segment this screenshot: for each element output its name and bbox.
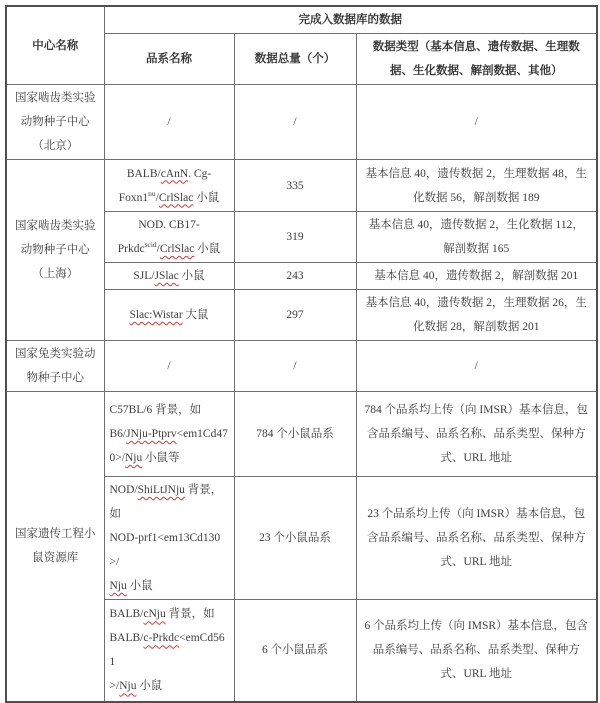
spellcheck-flagged-text: JSlac [154,270,178,282]
spellcheck-flagged-text: CrlSlac [159,192,194,204]
strain-text: BALB/ [110,632,144,644]
spellcheck-flagged-text: cAnN [161,168,188,180]
data-table: 中心名称 完成入数据库的数据 品系名称 数据总量（个） 数据类型（基本信息、遗传… [5,5,598,650]
spellcheck-flagged-text: Nju [110,580,127,592]
strain-text: 小鼠 [193,192,219,204]
cell-center-gem-resource: 国家遗传工程小鼠资源库 [6,392,104,651]
cell-types: 基本信息 40，遗传数据 2，生理数据 26，生化数据 28，解剖数据 201 [356,290,597,341]
cell-strain: Slac:Wistar 大鼠 [104,290,234,341]
strain-text: SJL/ [133,270,154,282]
cell-types: 基本信息 40，遗传数据 2，生理数据 48，生化数据 56，解剖数据 189 [356,160,597,212]
cell-total: 319 [234,212,356,263]
strain-text: B6/ [110,428,127,440]
strain-text: NOD/ [110,484,138,496]
cell-types: 6 个品系均上传（向 IMSR）基本信息，包含品系编号、品系名称、品系类型、保种… [356,600,597,651]
cell-strain: NOD. CB17-Prkdcscid/CrlSlac 小鼠 [104,212,234,263]
header-data-total: 数据总量（个） [234,34,356,85]
cell-total: 784 个小鼠品系 [234,392,356,477]
cell-strain: BALB/cNju 背景，如BALB/c-Prkdc<emCd561>/Nju … [104,600,234,651]
strain-text: 小鼠等 [142,452,179,464]
table-row: 国家遗传工程小鼠资源库 C57BL/6 背景，如B6/JNju-Ptprv<em… [6,392,597,477]
cell-total: 243 [234,263,356,290]
header-db-span: 完成入数据库的数据 [104,6,597,34]
cell-types: / [356,341,597,392]
header-center-name: 中心名称 [6,6,104,85]
header-strain-name: 品系名称 [104,34,234,85]
cell-types: 基本信息 40，遗传数据 2，解剖数据 201 [356,263,597,290]
cell-total: 335 [234,160,356,212]
spellcheck-flagged-text: cNju [143,608,165,620]
strain-text: BALB/ [110,608,144,620]
spellcheck-flagged-text: ShiLtJNju [138,484,185,496]
table-row: 国家兔类实验动物种子中心 / / / [6,341,597,392]
cell-types: 784 个品系均上传（向 IMSR）基本信息，包含品系编号、品系名称、品系类型、… [356,392,597,477]
cell-strain: SJL/JSlac 小鼠 [104,263,234,290]
table-row: 国家啮齿类实验动物种子中心（北京） / / / [6,85,597,160]
cell-total: 6 个小鼠品系 [234,600,356,651]
strain-text: C57BL/6 背景，如 [110,404,202,416]
cell-center-rabbit: 国家兔类实验动物种子中心 [6,341,104,392]
cell-strain: / [104,341,234,392]
strain-text: scid [145,240,157,249]
cell-center-beijing: 国家啮齿类实验动物种子中心（北京） [6,85,104,160]
strain-text: / [167,116,170,128]
strain-text: 大鼠 [183,309,209,321]
cell-strain: C57BL/6 背景，如B6/JNju-Ptprv<em1Cd470>/Nju … [104,392,234,477]
cell-strain: NOD/ShiLtJNju 背景，如NOD-prf1<em13Cd130>/Nj… [104,477,234,600]
spellcheck-flagged-text: Slac:Wistar [129,309,182,321]
cell-total: 23 个小鼠品系 [234,477,356,600]
cell-types: / [356,85,597,160]
spellcheck-flagged-text: JNju-Ptprv [126,428,176,440]
table-row: 国家啮齿类实验动物种子中心（上海） BALB/cAnN. Cg-Foxn1nu/… [6,160,597,212]
spellcheck-flagged-text: CrlSlac [160,243,195,255]
cell-strain: / [104,85,234,160]
spellcheck-flagged-text: Nju [125,452,142,464]
cell-total: / [234,85,356,160]
cell-types: 基本信息 40，遗传数据 2，生化数据 112，解剖数据 165 [356,212,597,263]
table-header-row-top: 中心名称 完成入数据库的数据 [6,6,597,34]
document-page: 中心名称 完成入数据库的数据 品系名称 数据总量（个） 数据类型（基本信息、遗传… [5,5,598,650]
header-data-types: 数据类型（基本信息、遗传数据、生理数据、生化数据、解剖数据、其他） [356,34,597,85]
strain-text: nu [148,189,156,198]
strain-text: 小鼠 [179,270,205,282]
spellcheck-flagged-text: c-Prkdc [143,632,179,644]
strain-text: 小鼠 [194,243,220,255]
cell-strain: BALB/cAnN. Cg-Foxn1nu/CrlSlac 小鼠 [104,160,234,212]
strain-text: BALB/ [127,168,161,180]
strain-text: 背景，如 [166,608,215,620]
strain-text: 小鼠 [127,580,153,592]
cell-total: / [234,341,356,392]
cell-types: 23 个品系均上传（向 IMSR）基本信息，包含品系编号、品系名称、品系类型、保… [356,477,597,600]
cell-center-shanghai: 国家啮齿类实验动物种子中心（上海） [6,160,104,341]
cell-total: 297 [234,290,356,341]
strain-text: / [167,360,170,372]
strain-text: NOD-prf1<em13Cd130>/ [110,532,221,568]
